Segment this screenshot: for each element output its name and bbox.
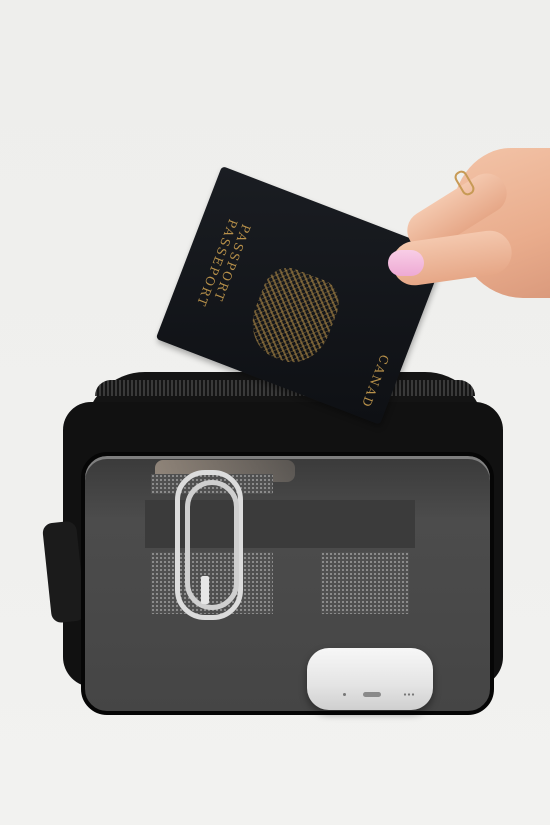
speaker-holes: [403, 693, 415, 696]
travel-pouch: [55, 372, 510, 692]
usb-c-connector: [201, 576, 209, 604]
hand: [392, 138, 550, 298]
clear-window: [81, 452, 494, 715]
charging-cable-loop: [185, 480, 239, 610]
earbuds-case: [307, 648, 433, 710]
side-strap: [42, 520, 86, 623]
charging-port: [363, 692, 381, 697]
product-photo: PASSPORT PASSEPORT CANAD: [0, 0, 550, 825]
pouch-body: [63, 402, 503, 687]
pink-nail: [388, 250, 424, 276]
passport-country: CANAD: [358, 352, 390, 410]
coat-of-arms-icon: [241, 261, 346, 373]
status-light: [343, 693, 346, 696]
mesh-pocket-right: [321, 552, 409, 614]
